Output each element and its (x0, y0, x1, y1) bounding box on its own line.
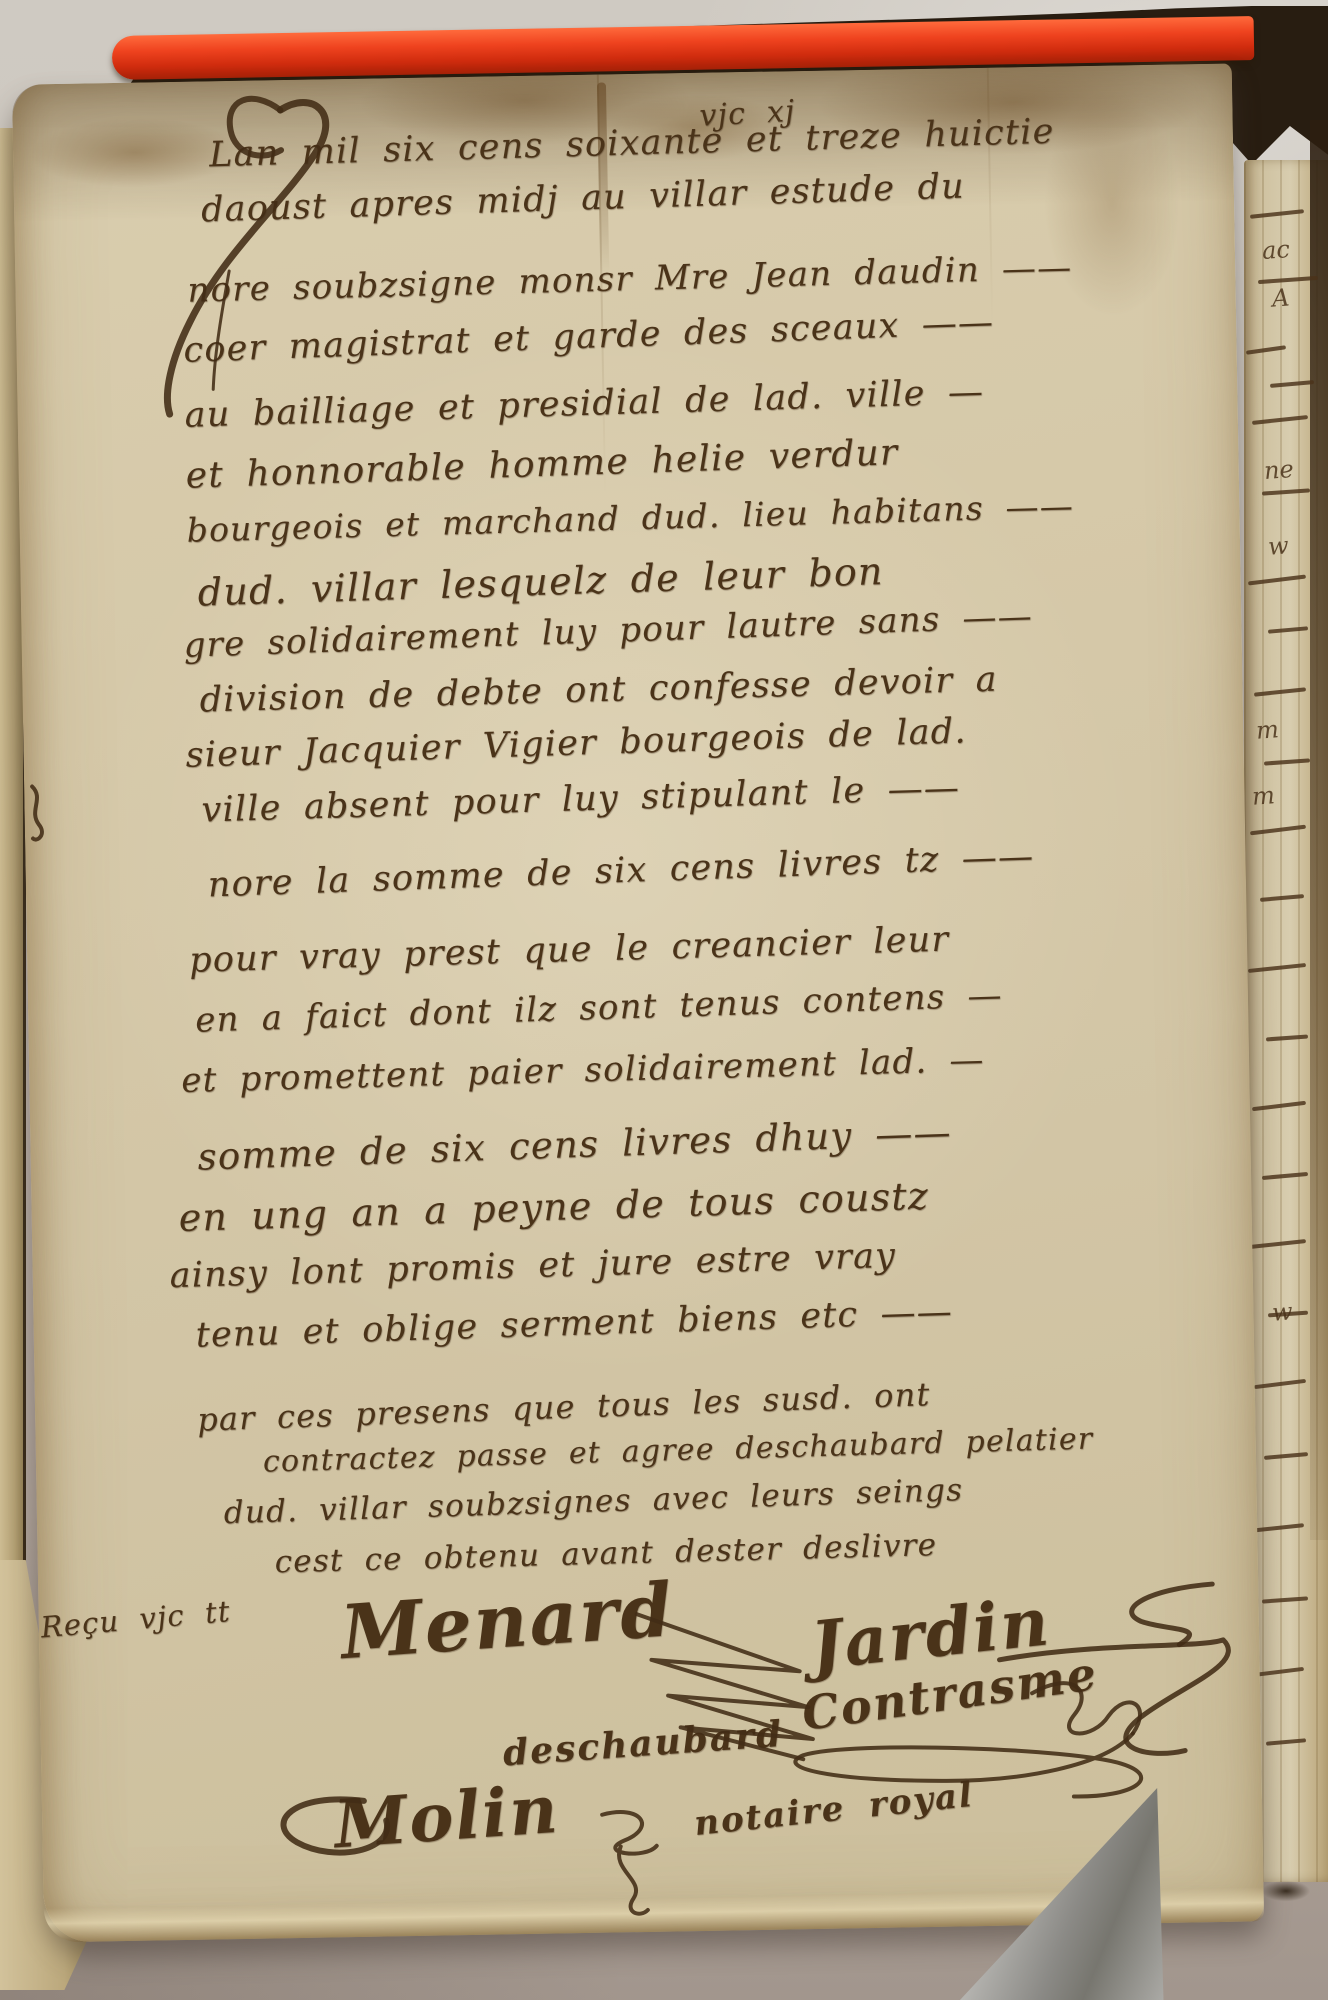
margin-squiggle (32, 786, 42, 839)
binding-gutter-shadow (1310, 120, 1328, 1540)
signature-menard: Menard (338, 1567, 677, 1676)
manuscript-line: ainsy lont promis et jure estre vray (169, 1236, 896, 1296)
manuscript-line: au bailliage et presidial de lad. ville … (184, 372, 985, 436)
margin-note: Reçu vjc tt (39, 1594, 232, 1644)
page-edge-ink-fragment: w (1271, 1297, 1293, 1326)
page-edge-ink-fragment: ac (1261, 235, 1291, 265)
page-edge-ink-fragment: w (1267, 531, 1289, 560)
manuscript-line: dud. villar soubzsignes avec leurs seing… (223, 1472, 963, 1531)
manuscript-line: division de debte ont confesse devoir a (199, 660, 998, 721)
page-edge-ink-fragment: ne (1263, 455, 1295, 485)
photograph-of-manuscript: acAnewmmw vjc xj Lan mil six cens soixan… (0, 0, 1328, 2000)
signature-molin: Molin (332, 1770, 562, 1864)
manuscript-line: en ung an a peyne de tous coustz (178, 1174, 930, 1240)
manuscript-line: en a faict dont ilz sont tenus contens — (195, 975, 1004, 1040)
manuscript-line: bourgeois et marchand dud. lieu habitans… (186, 486, 1074, 550)
manuscript-line: tenu et oblige serment biens etc —— (195, 1292, 953, 1356)
manuscript-line: nore la somme de six cens livres tz —— (207, 837, 1035, 906)
signature-notaire-royal: notaire royal (692, 1775, 975, 1844)
signature-deschaubard: deschaubard (502, 1713, 785, 1774)
page-edge-ink-fragment: m (1251, 781, 1276, 811)
manuscript-line: pour vray prest que le creancier leur (189, 920, 950, 981)
jardin-flourish-s (1131, 1584, 1213, 1645)
page-edge-ink-fragment: m (1255, 715, 1280, 745)
manuscript-line: ville absent pour luy stipulant le —— (201, 768, 961, 830)
page-edge-ink-fragment: A (1271, 283, 1290, 312)
gutter-ink-spot (1256, 1878, 1316, 1904)
manuscript-line: et promettent paier solidairement lad. — (181, 1040, 985, 1101)
manuscript-line: et honnorable homme helie verdur (185, 432, 899, 497)
manuscript-page: vjc xj Lan mil six cens soixante et trez… (12, 63, 1264, 1942)
manuscript-line: somme de six cens livres dhuy —— (197, 1111, 952, 1179)
manuscript-line: sieur Jacquier Vigier bourgeois de lad. (185, 711, 967, 776)
